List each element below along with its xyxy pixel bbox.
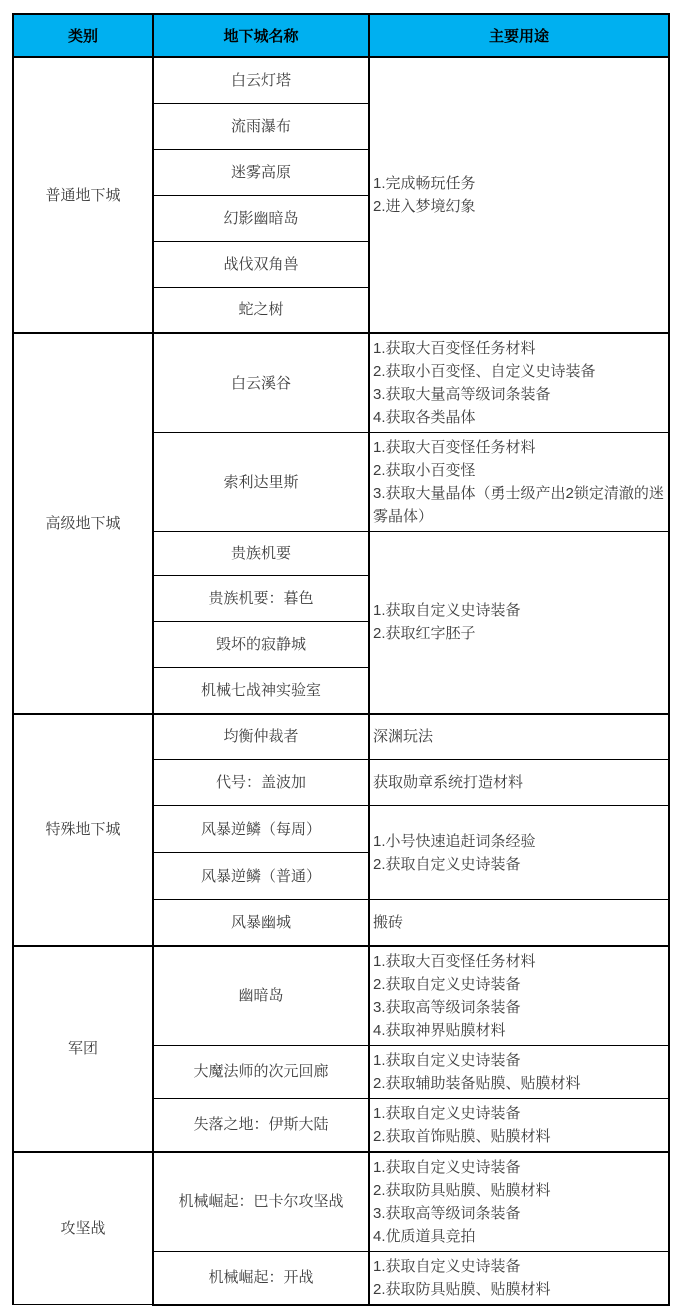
dungeon-cell: 失落之地：伊斯大陆 — [153, 1098, 369, 1152]
dungeon-cell: 均衡仲裁者 — [153, 714, 369, 760]
category-cell: 特殊地下城 — [13, 714, 153, 946]
purpose-cell: 1.获取自定义史诗装备 2.获取首饰贴膜、贴膜材料 — [369, 1098, 669, 1152]
purpose-cell: 1.获取自定义史诗装备 2.获取辅助装备贴膜、贴膜材料 — [369, 1045, 669, 1098]
dungeon-cell: 贵族机要 — [153, 532, 369, 576]
table-row: 军团 幽暗岛 1.获取大百变怪任务材料 2.获取自定义史诗装备 3.获取高等级词… — [13, 946, 669, 1046]
purpose-cell: 获取勋章系统打造材料 — [369, 760, 669, 806]
purpose-cell: 1.完成畅玩任务 2.进入梦境幻象 — [369, 57, 669, 333]
page: 类别 地下城名称 主要用途 普通地下城 白云灯塔 1.完成畅玩任务 2.进入梦境… — [0, 0, 684, 1306]
header-cell-category: 类别 — [13, 14, 153, 57]
table-row: 普通地下城 白云灯塔 1.完成畅玩任务 2.进入梦境幻象 — [13, 57, 669, 103]
purpose-cell: 搬砖 — [369, 900, 669, 946]
dungeon-cell: 大魔法师的次元回廊 — [153, 1045, 369, 1098]
dungeon-cell: 流雨瀑布 — [153, 103, 369, 149]
dungeon-cell: 幻影幽暗岛 — [153, 195, 369, 241]
dungeon-cell: 风暴逆鳞（普通） — [153, 853, 369, 900]
dungeon-cell: 机械七战神实验室 — [153, 668, 369, 714]
dungeon-cell: 机械崛起：巴卡尔攻坚战 — [153, 1152, 369, 1252]
header-cell-purpose: 主要用途 — [369, 14, 669, 57]
purpose-cell: 1.获取大百变怪任务材料 2.获取小百变怪、自定义史诗装备 3.获取大量高等级词… — [369, 333, 669, 433]
dungeon-cell: 代号：盖波加 — [153, 760, 369, 806]
table-row: 高级地下城 白云溪谷 1.获取大百变怪任务材料 2.获取小百变怪、自定义史诗装备… — [13, 333, 669, 433]
dungeon-cell: 白云溪谷 — [153, 333, 369, 433]
table-row: 特殊地下城 均衡仲裁者 深渊玩法 — [13, 714, 669, 760]
dungeon-cell: 蛇之树 — [153, 287, 369, 333]
dungeon-cell: 迷雾高原 — [153, 149, 369, 195]
category-cell: 军团 — [13, 946, 153, 1152]
purpose-cell: 深渊玩法 — [369, 714, 669, 760]
dungeon-cell: 索利达里斯 — [153, 433, 369, 532]
purpose-cell: 1.获取大百变怪任务材料 2.获取自定义史诗装备 3.获取高等级词条装备 4.获… — [369, 946, 669, 1046]
category-cell: 攻坚战 — [13, 1152, 153, 1305]
purpose-cell: 1.获取自定义史诗装备 2.获取防具贴膜、贴膜材料 3.获取高等级词条装备 4.… — [369, 1152, 669, 1252]
purpose-cell: 1.获取自定义史诗装备 2.获取防具贴膜、贴膜材料 — [369, 1251, 669, 1305]
dungeon-cell: 机械崛起：开战 — [153, 1251, 369, 1305]
purpose-cell: 1.获取大百变怪任务材料 2.获取小百变怪 3.获取大量晶体（勇士级产出2锁定清… — [369, 433, 669, 532]
dungeon-cell: 毁坏的寂静城 — [153, 622, 369, 668]
table-row: 攻坚战 机械崛起：巴卡尔攻坚战 1.获取自定义史诗装备 2.获取防具贴膜、贴膜材… — [13, 1152, 669, 1252]
header-cell-dungeon-name: 地下城名称 — [153, 14, 369, 57]
purpose-cell: 1.小号快速追赶词条经验 2.获取自定义史诗装备 — [369, 806, 669, 900]
dungeon-cell: 贵族机要：暮色 — [153, 576, 369, 622]
dungeon-cell: 幽暗岛 — [153, 946, 369, 1046]
purpose-cell: 1.获取自定义史诗装备 2.获取红字胚子 — [369, 532, 669, 714]
header-row: 类别 地下城名称 主要用途 — [13, 14, 669, 57]
dungeon-cell: 白云灯塔 — [153, 57, 369, 103]
dungeon-cell: 风暴幽城 — [153, 900, 369, 946]
dungeon-cell: 风暴逆鳞（每周） — [153, 806, 369, 853]
dungeon-cell: 战伐双角兽 — [153, 241, 369, 287]
category-cell: 普通地下城 — [13, 57, 153, 333]
category-cell: 高级地下城 — [13, 333, 153, 714]
dungeon-table: 类别 地下城名称 主要用途 普通地下城 白云灯塔 1.完成畅玩任务 2.进入梦境… — [12, 13, 670, 1306]
